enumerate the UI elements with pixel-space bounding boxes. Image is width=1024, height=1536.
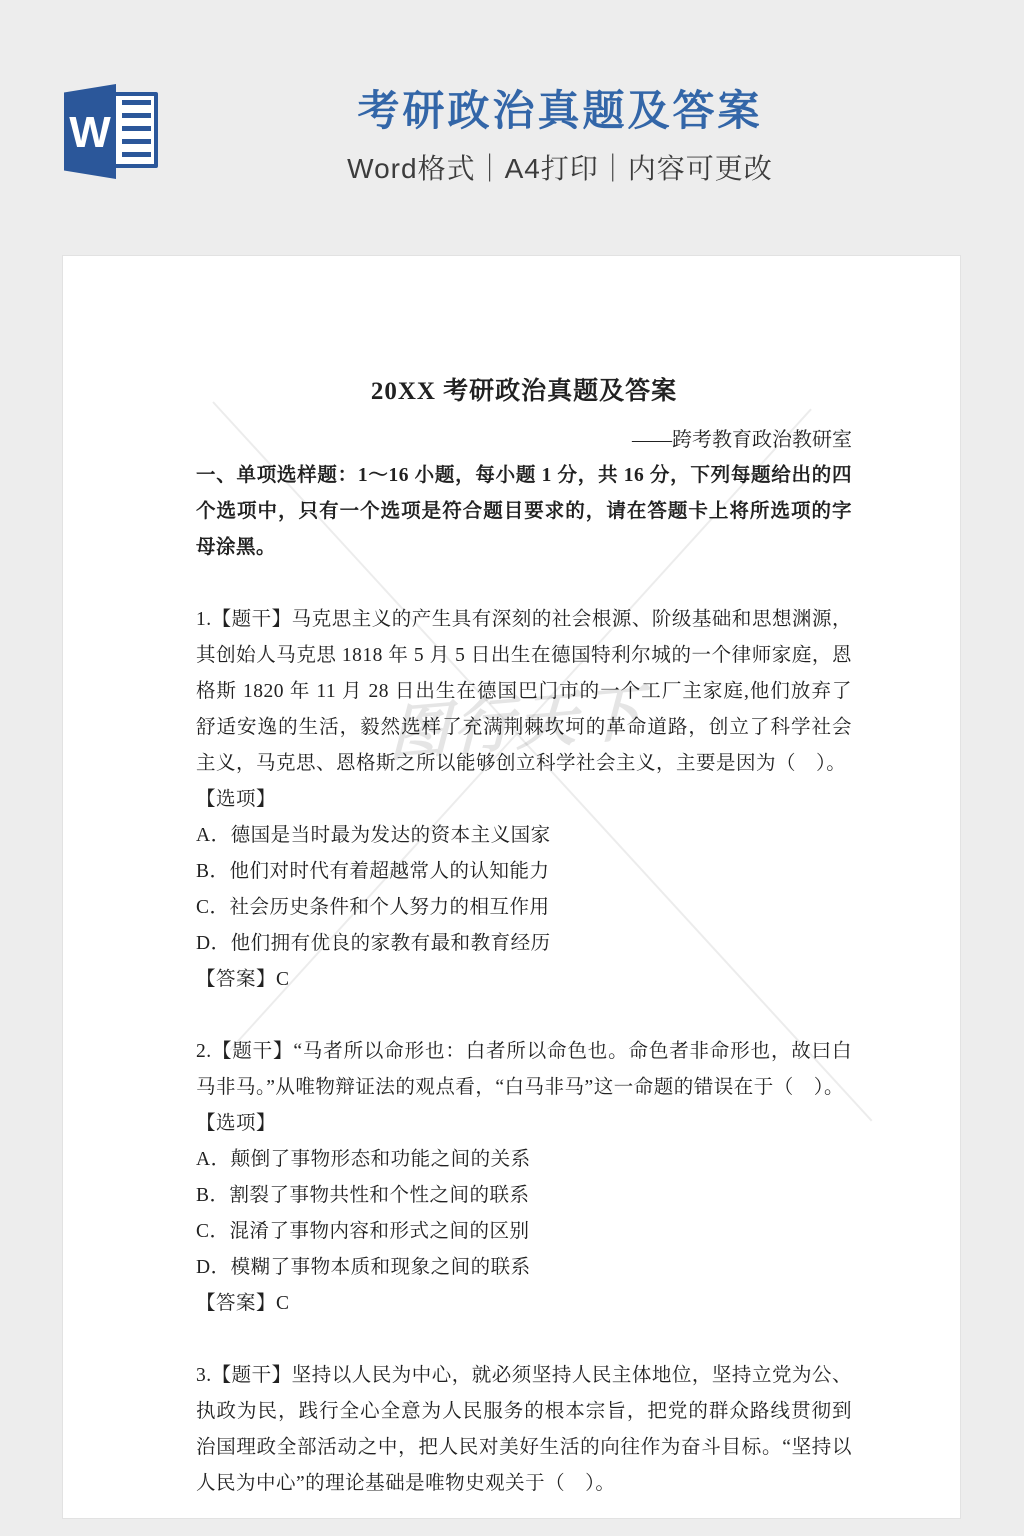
word-icon-letter: W: [69, 109, 111, 155]
question-stem: 2.【题干】“马者所以命形也：白者所以命色也。命色者非命形也，故曰白马非马。”从…: [196, 1034, 852, 1106]
word-icon-page: [110, 92, 158, 168]
option-line-d: D．他们拥有优良的家教有最和教育经历: [196, 926, 852, 962]
options-label: 【选项】: [196, 782, 852, 818]
option-line-c: C．社会历史条件和个人努力的相互作用: [196, 890, 852, 926]
question-block-2: 2.【题干】“马者所以命形也：白者所以命色也。命色者非命形也，故曰白马非马。”从…: [196, 1034, 852, 1322]
option-line-b: B．他们对时代有着超越常人的认知能力: [196, 854, 852, 890]
header-text-block: 考研政治真题及答案 Word格式｜A4打印｜内容可更改: [160, 86, 960, 186]
answer-line: 【答案】C: [196, 1286, 852, 1322]
header-title: 考研政治真题及答案: [160, 86, 960, 136]
section-intro: 一、单项选样题：1～16 小题，每小题 1 分，共 16 分，下列每题给出的四个…: [196, 458, 852, 566]
answer-line: 【答案】C: [196, 962, 852, 998]
preview-header: W 考研政治真题及答案 Word格式｜A4打印｜内容可更改: [0, 0, 1024, 256]
question-block-1: 1.【题干】马克思主义的产生具有深刻的社会根源、阶级基础和思想渊源，其创始人马克…: [196, 602, 852, 998]
document-title: 20XX 考研政治真题及答案: [196, 370, 852, 414]
screenshot-root: { "header": { "icon_letter": "W", "title…: [0, 0, 1024, 1536]
word-file-icon: W: [64, 84, 156, 179]
option-line-c: C．混淆了事物内容和形式之间的区别: [196, 1214, 852, 1250]
option-line-a: A．德国是当时最为发达的资本主义国家: [196, 818, 852, 854]
document-byline: ——跨考教育政治教研室: [196, 422, 852, 458]
question-stem: 1.【题干】马克思主义的产生具有深刻的社会根源、阶级基础和思想渊源，其创始人马克…: [196, 602, 852, 782]
option-line-d: D．模糊了事物本质和现象之间的联系: [196, 1250, 852, 1286]
document-page: 图行天下 20XX 考研政治真题及答案 ——跨考教育政治教研室 一、单项选样题：…: [63, 256, 960, 1518]
option-line-b: B．割裂了事物共性和个性之间的联系: [196, 1178, 852, 1214]
option-line-a: A．颠倒了事物形态和功能之间的关系: [196, 1142, 852, 1178]
options-label: 【选项】: [196, 1106, 852, 1142]
word-icon-slab: W: [64, 84, 116, 179]
word-icon-text-lines: [122, 100, 151, 160]
header-subtitle: Word格式｜A4打印｜内容可更改: [160, 152, 960, 186]
question-block-3: 3.【题干】坚持以人民为中心，就必须坚持人民主体地位，坚持立党为公、执政为民，践…: [196, 1358, 852, 1502]
question-stem: 3.【题干】坚持以人民为中心，就必须坚持人民主体地位，坚持立党为公、执政为民，践…: [196, 1358, 852, 1502]
